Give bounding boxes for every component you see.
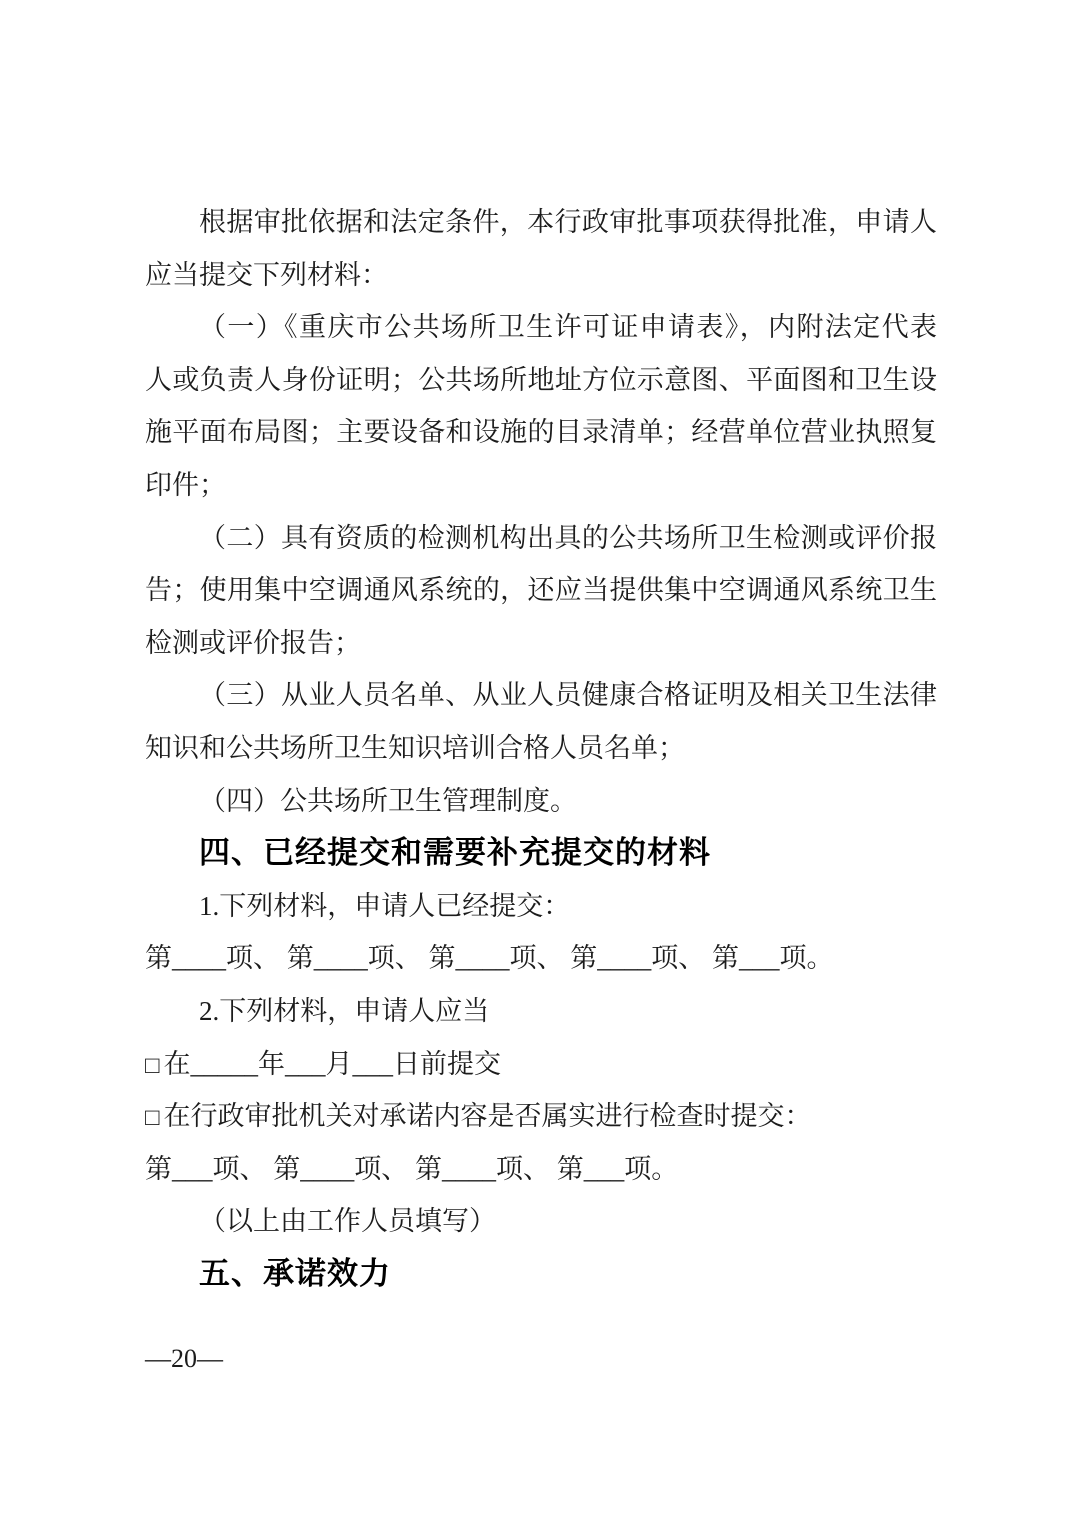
- document-page: 根据审批依据和法定条件，本行政审批事项获得批准，申请人 应当提交下列材料： （一…: [0, 0, 1074, 1520]
- section-4-heading: 四、已经提交和需要补充提交的材料: [145, 827, 937, 880]
- item-1-line-1: （一）《重庆市公共场所卫生许可证申请表》，内附法定代表: [145, 301, 937, 354]
- checkbox-icon: □: [145, 1092, 160, 1145]
- item-1-line-2: 人或负责人身份证明；公共场所地址方位示意图、平面图和卫生设: [145, 354, 937, 407]
- intro-line-2: 应当提交下列材料：: [145, 249, 937, 302]
- option-submit-at-inspection-text: 在行政审批机关对承诺内容是否属实进行检查时提交：: [164, 1101, 812, 1131]
- item-2-line-2: 告；使用集中空调通风系统的，还应当提供集中空调通风系统卫生: [145, 564, 937, 617]
- option-submit-before-date: □在_____年___月___日前提交: [145, 1038, 937, 1091]
- option-submit-at-inspection: □在行政审批机关对承诺内容是否属实进行检查时提交：: [145, 1090, 937, 1143]
- item-1-line-3: 施平面布局图；主要设备和设施的目录清单；经营单位营业执照复: [145, 406, 937, 459]
- item-1-line-4: 印件；: [145, 459, 937, 512]
- item-3-line-1: （三）从业人员名单、从业人员健康合格证明及相关卫生法律: [145, 669, 937, 722]
- staff-fill-note: （以上由工作人员填写）: [145, 1195, 937, 1248]
- text-column: 根据审批依据和法定条件，本行政审批事项获得批准，申请人 应当提交下列材料： （一…: [145, 196, 937, 1300]
- submitted-materials-label: 1.下列材料，申请人已经提交：: [145, 880, 937, 933]
- checkbox-icon: □: [145, 1040, 160, 1093]
- supplement-items-blanks: 第___项、 第____项、 第____项、 第___项。: [145, 1143, 937, 1196]
- intro-line-1: 根据审批依据和法定条件，本行政审批事项获得批准，申请人: [145, 196, 937, 249]
- submitted-items-blanks: 第____项、 第____项、 第____项、 第____项、 第___项。: [145, 932, 937, 985]
- page-number: —20—: [145, 1342, 223, 1376]
- item-4-line: （四）公共场所卫生管理制度。: [145, 775, 937, 828]
- item-3-line-2: 知识和公共场所卫生知识培训合格人员名单；: [145, 722, 937, 775]
- supplement-materials-label: 2.下列材料，申请人应当: [145, 985, 937, 1038]
- item-2-line-3: 检测或评价报告；: [145, 617, 937, 670]
- item-2-line-1: （二）具有资质的检测机构出具的公共场所卫生检测或评价报: [145, 512, 937, 565]
- option-submit-before-date-text: 在_____年___月___日前提交: [164, 1049, 502, 1079]
- section-5-heading: 五、承诺效力: [145, 1248, 937, 1301]
